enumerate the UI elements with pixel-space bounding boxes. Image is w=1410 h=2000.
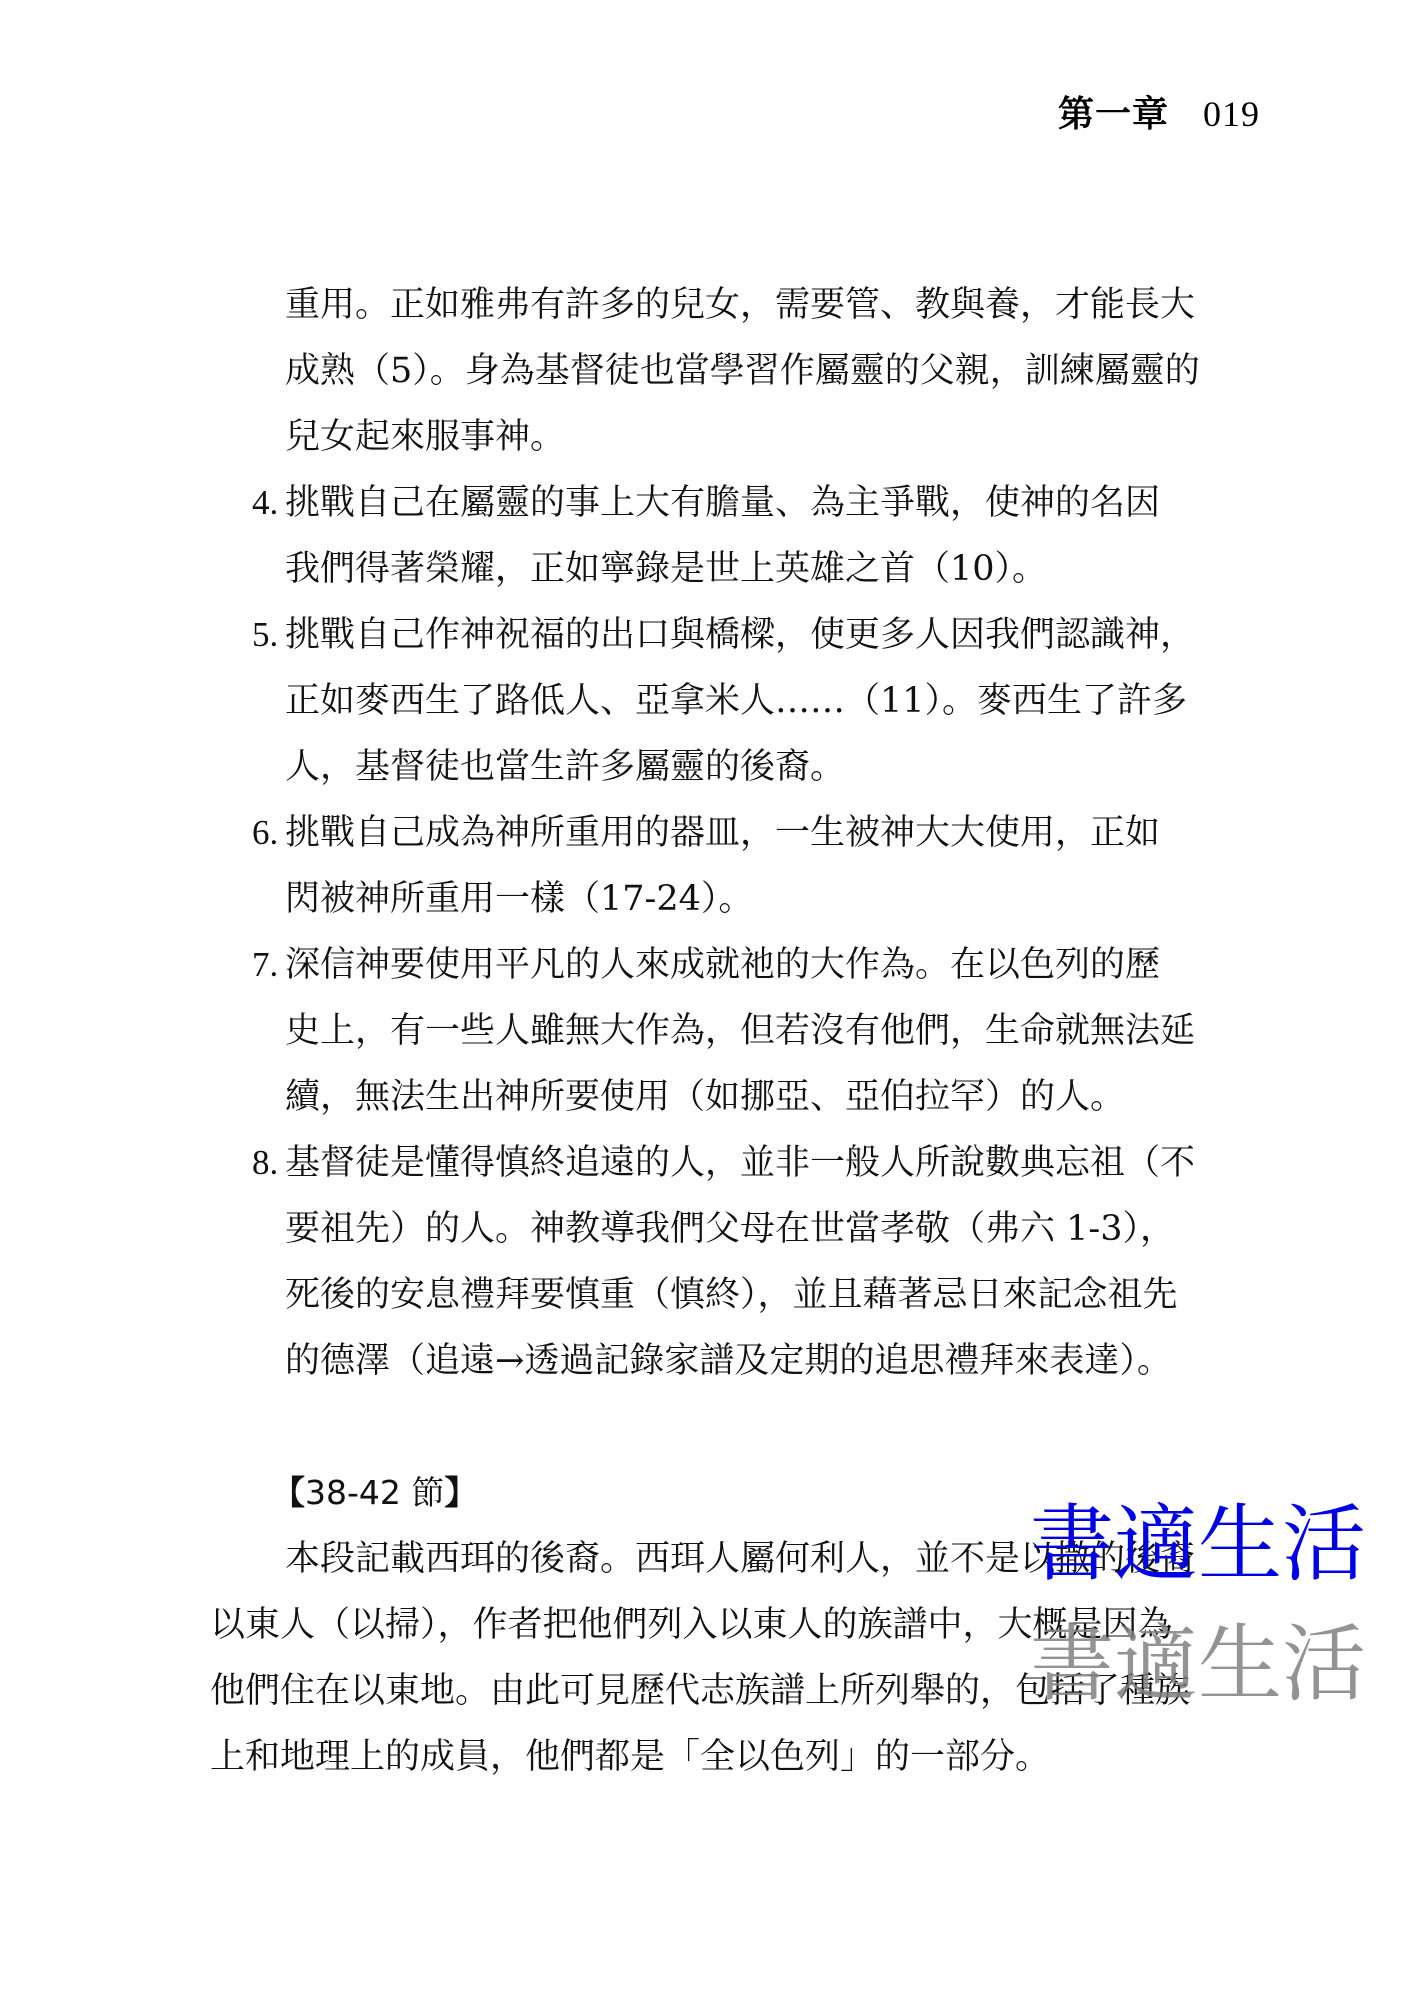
text-line: 史上，有一些人雖無大作為，但若沒有他們，生命就無法延 (285, 998, 1225, 1064)
text-line: 死後的安息禮拜要慎重（慎終），並且藉著忌日來記念祖先 (285, 1262, 1225, 1328)
list-item-8: 8. 基督徒是懂得慎終追遠的人，並非一般人所說數典忘祖（不 要祖先）的人。神教導… (210, 1130, 1225, 1394)
text-line: 重用。正如雅弗有許多的兒女，需要管、教與養，才能長大 (285, 272, 1225, 338)
text-line: 人，基督徒也當生許多屬靈的後裔。 (285, 734, 1225, 800)
text-line: 挑戰自己作神祝福的出口與橋樑，使更多人因我們認識神， (285, 602, 1225, 668)
text-line: 我們得著榮耀，正如寧錄是世上英雄之首（10）。 (285, 536, 1225, 602)
text-line: 上和地理上的成員，他們都是「全以色列」的一部分。 (210, 1724, 1225, 1790)
text-line: 續，無法生出神所要使用（如挪亞、亞伯拉罕）的人。 (285, 1064, 1225, 1130)
running-head: 第一章019 (1058, 86, 1260, 137)
text-line: 兒女起來服事神。 (285, 404, 1225, 470)
list-marker: 7. (252, 932, 278, 998)
list-item-6: 6. 挑戰自己成為神所重用的器皿，一生被神大大使用，正如 閃被神所重用一樣（17… (210, 800, 1225, 932)
list-marker: 8. (252, 1130, 278, 1196)
continued-paragraph: 重用。正如雅弗有許多的兒女，需要管、教與養，才能長大 成熟（5）。身為基督徒也當… (210, 272, 1225, 470)
page-body: 重用。正如雅弗有許多的兒女，需要管、教與養，才能長大 成熟（5）。身為基督徒也當… (210, 272, 1225, 1790)
text-line: 本段記載西珥的後裔。西珥人屬何利人，並不是以撒的後裔 (210, 1526, 1225, 1592)
list-item-7: 7. 深信神要使用平凡的人來成就祂的大作為。在以色列的歷 史上，有一些人雖無大作… (210, 932, 1225, 1130)
text-line: 深信神要使用平凡的人來成就祂的大作為。在以色列的歷 (285, 932, 1225, 998)
text-line: 正如麥西生了路低人、亞拿米人……（11）。麥西生了許多 (285, 668, 1225, 734)
text-line: 挑戰自己成為神所重用的器皿，一生被神大大使用，正如 (285, 800, 1225, 866)
text-line: 挑戰自己在屬靈的事上大有膽量、為主爭戰，使神的名因 (285, 470, 1225, 536)
heading-text: 38-42 節 (305, 1473, 444, 1512)
list-marker: 6. (252, 800, 278, 866)
list-marker: 4. (252, 470, 278, 536)
text-line: 閃被神所重用一樣（17-24）。 (285, 866, 1225, 932)
text-line: 的德澤（追遠→透過記錄家譜及定期的追思禮拜來表達）。 (285, 1328, 1225, 1394)
text-line: 他們住在以東地。由此可見歷代志族譜上所列舉的，包括了種族 (210, 1658, 1225, 1724)
section-heading: 【38-42 節】 (210, 1460, 1225, 1526)
list-item-4: 4. 挑戰自己在屬靈的事上大有膽量、為主爭戰，使神的名因 我們得著榮耀，正如寧錄… (210, 470, 1225, 602)
list-marker: 5. (252, 602, 278, 668)
text-line: 成熟（5）。身為基督徒也當學習作屬靈的父親，訓練屬靈的 (285, 338, 1225, 404)
text-line: 基督徒是懂得慎終追遠的人，並非一般人所說數典忘祖（不 (285, 1130, 1225, 1196)
chapter-label: 第一章 (1058, 94, 1169, 134)
text-line: 以東人（以掃），作者把他們列入以東人的族譜中，大概是因為 (210, 1592, 1225, 1658)
section-paragraph: 本段記載西珥的後裔。西珥人屬何利人，並不是以撒的後裔 以東人（以掃），作者把他們… (210, 1526, 1225, 1790)
page-number: 019 (1203, 94, 1260, 134)
heading-bracket-open: 【 (272, 1473, 305, 1512)
text-line: 要祖先）的人。神教導我們父母在世當孝敬（弗六 1-3）， (285, 1196, 1225, 1262)
list-item-5: 5. 挑戰自己作神祝福的出口與橋樑，使更多人因我們認識神， 正如麥西生了路低人、… (210, 602, 1225, 800)
heading-bracket-close: 】 (444, 1473, 477, 1512)
